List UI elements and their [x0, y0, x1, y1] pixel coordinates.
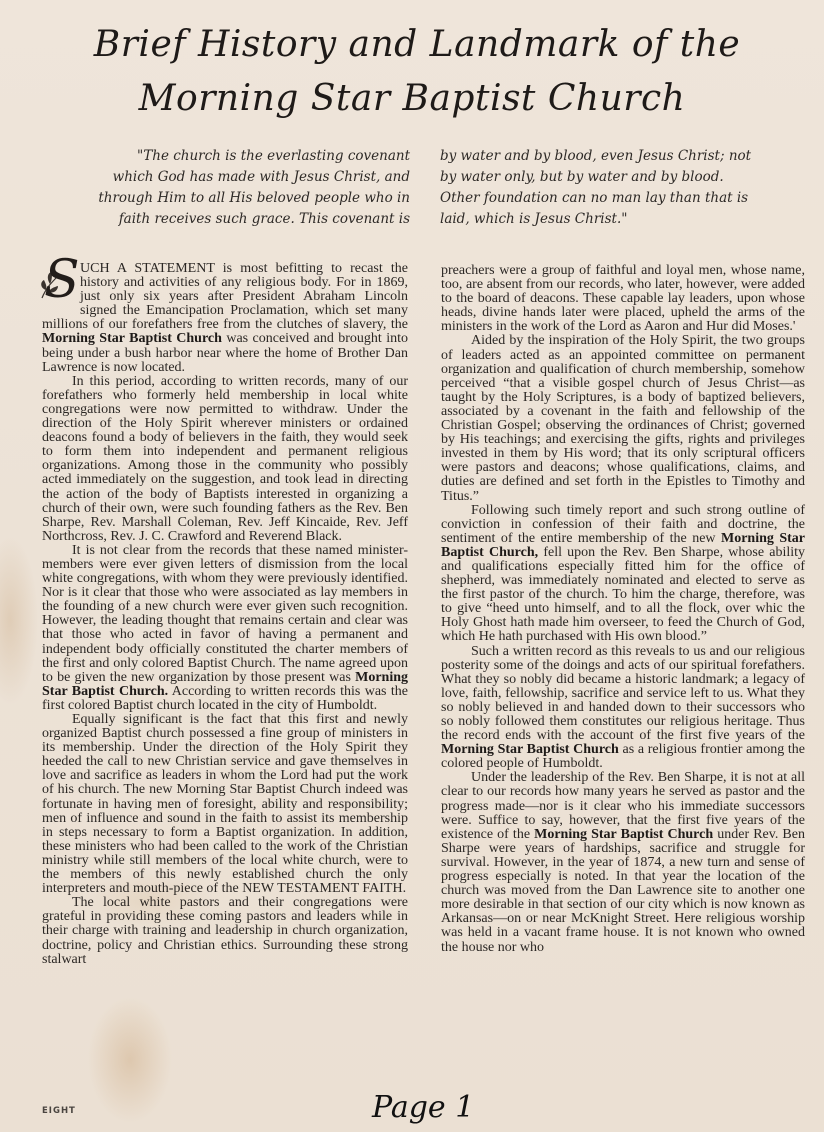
scanned-page: Brief History and Landmark of the Mornin…: [0, 0, 824, 1132]
paragraph: It is not clear from the records that th…: [42, 544, 408, 713]
left-column: S UCH A STATEMENT is most befitting to r…: [42, 262, 408, 967]
paragraph: In this period, according to written rec…: [42, 375, 408, 544]
epigraph-left: "The church is the everlasting covenant …: [92, 146, 410, 230]
paragraph: Such a written record as this reveals to…: [441, 645, 805, 772]
folio-page-number: EIGHT: [42, 1106, 76, 1116]
paragraph: The local white pastors and their congre…: [42, 896, 408, 966]
paragraph: S UCH A STATEMENT is most befitting to r…: [42, 262, 408, 375]
paragraph: Aided by the inspiration of the Holy Spi…: [441, 334, 805, 503]
paragraph: Following such timely report and such st…: [441, 504, 805, 645]
page-title: Brief History and Landmark of the Mornin…: [0, 22, 824, 122]
paragraph: Under the leadership of the Rev. Ben Sha…: [441, 771, 805, 954]
epigraph-right: by water and by blood, even Jesus Christ…: [440, 146, 758, 230]
drop-cap: S: [38, 258, 74, 306]
page-label: Page 1: [372, 1090, 474, 1125]
paragraph: preachers were a group of faithful and l…: [441, 264, 805, 334]
title-line-1: Brief History and Landmark of the: [0, 22, 824, 68]
paragraph: Equally significant is the fact that thi…: [42, 713, 408, 896]
right-column: preachers were a group of faithful and l…: [441, 264, 805, 955]
title-line-2: Morning Star Baptist Church: [0, 76, 824, 122]
